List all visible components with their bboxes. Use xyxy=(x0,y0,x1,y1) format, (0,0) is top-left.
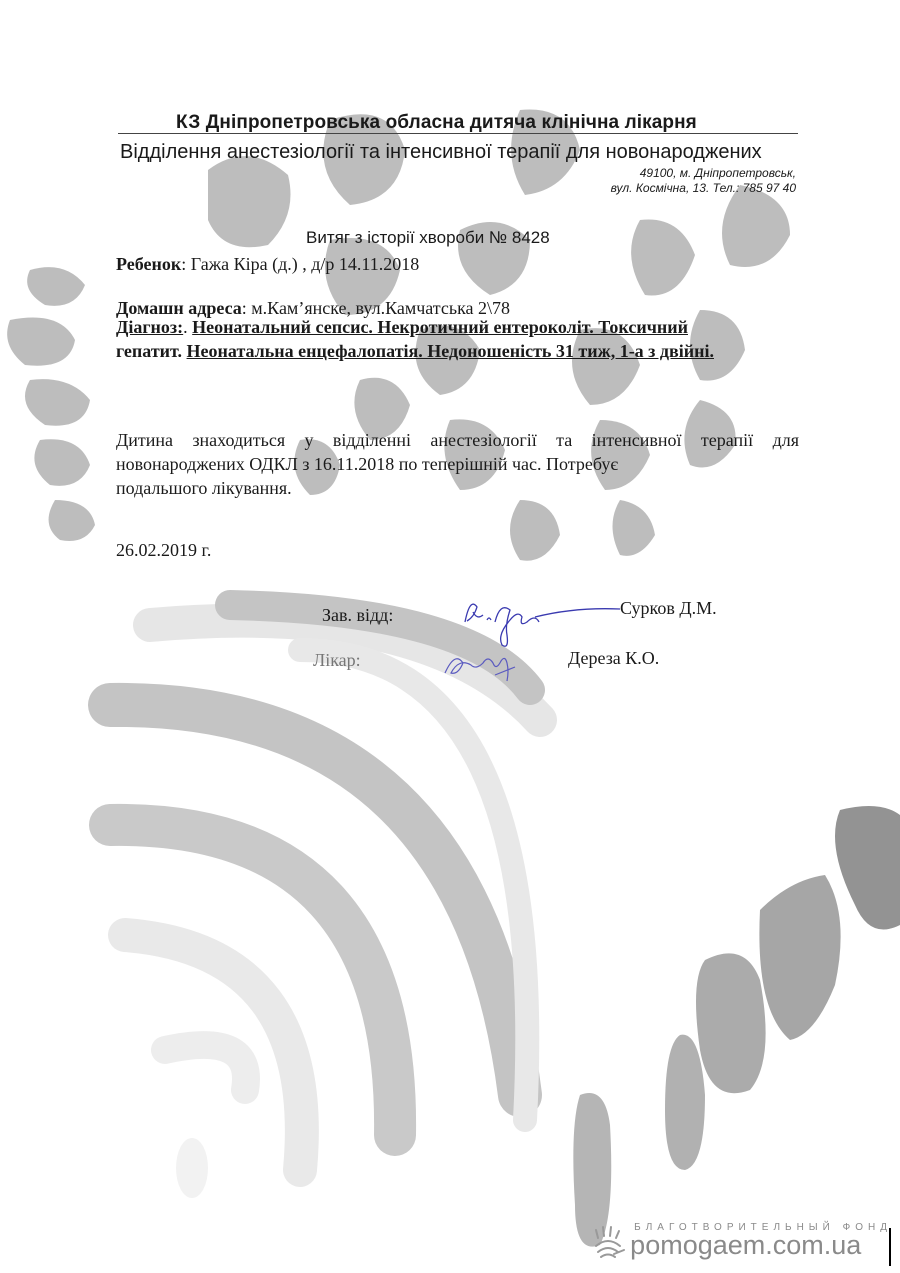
head-of-department-label: Зав. відд: xyxy=(322,605,393,626)
body-paragraph: Дитина знаходиться у відділенні анестезі… xyxy=(116,428,799,500)
home-address-value: : м.Кам’янске, вул.Камчатська 2\78 xyxy=(242,298,510,318)
home-address-label: Домашн адреса xyxy=(116,298,242,318)
department-name: Відділення анестезіології та інтенсивної… xyxy=(120,141,762,164)
hospital-address-city: 49100, м. Дніпропетровськ, xyxy=(640,166,796,180)
head-of-department-name: Сурков Д.М. xyxy=(620,598,717,619)
header-divider xyxy=(118,133,798,134)
fund-logo: БЛАГОТВОРИТЕЛЬНЫЙ ФОНД pomogaem.com.ua xyxy=(590,1222,892,1257)
child-info: Ребенок: Гажа Кіра (д.) , д/р 14.11.2018 xyxy=(116,254,419,275)
doctor-label: Лікар: xyxy=(313,650,361,671)
body-paragraph-text: Дитина знаходиться у відділенні анестезі… xyxy=(116,430,799,474)
home-address: Домашн адреса: м.Кам’янске, вул.Камчатсь… xyxy=(116,298,510,319)
diagnosis-line-2: гепатит. Неонатальна енцефалопатія. Недо… xyxy=(116,341,714,362)
diagnosis-line-1: Діагноз:. Неонатальний сепсис. Некротичн… xyxy=(116,317,688,338)
document-date: 26.02.2019 г. xyxy=(116,540,211,561)
hand-print-icon xyxy=(590,1224,626,1264)
hospital-name: КЗ Дніпропетровська обласна дитяча кліні… xyxy=(176,112,697,134)
hospital-address-street: вул. Космічна, 13. Тел.: 785 97 40 xyxy=(611,181,796,195)
diagnosis-text-2-prefix: гепатит. xyxy=(116,341,187,361)
document-title: Витяг з історії хвороби № 8428 xyxy=(306,228,550,248)
child-value: : Гажа Кіра (д.) , д/р 14.11.2018 xyxy=(181,254,419,274)
child-label: Ребенок xyxy=(116,254,181,274)
diagnosis-separator: . xyxy=(183,317,192,337)
diagnosis-label: Діагноз: xyxy=(116,317,183,337)
doctor-signature xyxy=(440,643,540,693)
scan-edge-mark xyxy=(889,1228,891,1266)
fund-website: pomogaem.com.ua xyxy=(630,1233,892,1257)
diagnosis-text-2: Неонатальна енцефалопатія. Недоношеність… xyxy=(187,341,714,361)
body-paragraph-end: подальшого лікування. xyxy=(116,476,799,500)
diagnosis-text-1: Неонатальний сепсис. Некротичний ентерок… xyxy=(192,317,688,337)
